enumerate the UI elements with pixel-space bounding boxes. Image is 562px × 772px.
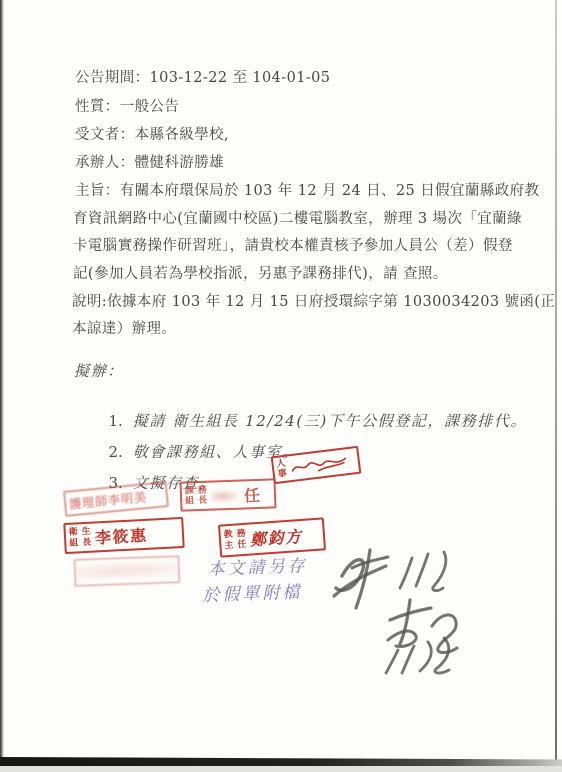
- faded-ink-smudge: [211, 488, 241, 502]
- stamp-title-col: 生長: [82, 527, 93, 548]
- scan-edge-bottom-shadow: [0, 766, 562, 772]
- stamp-faded-illegible: [74, 555, 181, 587]
- stamp-curriculum-section: 課組 務長 任: [180, 478, 277, 511]
- handler-line: 承辦人：體健科游勝雄: [75, 151, 224, 172]
- stamp-nurse: 護理師李明美: [63, 481, 169, 517]
- scan-edge-right: [555, 0, 557, 760]
- stamp-title-col: 務任: [236, 529, 247, 550]
- description-line-1: 說明:依據本府 103 年 12 月 15 日府授環綜字第 1030034203…: [72, 290, 555, 311]
- description-line-2: 本諒達）辦理。: [72, 317, 176, 338]
- stamp-title-text: 人事: [276, 459, 288, 480]
- handwritten-note-line: 本文請另存: [207, 554, 308, 583]
- proposal-heading: 擬辦：: [74, 360, 124, 381]
- stamp-name-text: 護理師李明美: [68, 488, 147, 512]
- scanned-document-page: 公告期間：103-12-22 至 104-01-05 性質：一般公告 受文者：本…: [0, 0, 562, 772]
- stamp-academic-affairs-director: 教主 務任 鄭鈞方: [218, 517, 326, 557]
- nature-line: 性質：一般公告: [75, 95, 179, 116]
- recipient-line: 受文者：本縣各級學校,: [75, 123, 229, 144]
- stamp-name-text: 任: [244, 482, 262, 506]
- handwritten-note-line: 於假單附檔: [202, 580, 309, 609]
- handwritten-note: 本文請另存 於假單附檔: [207, 554, 309, 608]
- announcement-period-line: 公告期間：103-12-22 至 104-01-05: [75, 66, 330, 87]
- subject-line-4: 記(參加人員若為學校指派，另惠予課務排代)，請 查照。: [73, 262, 448, 283]
- stamp-title-col: 課組: [185, 486, 196, 506]
- stamp-title-col: 務長: [198, 486, 209, 506]
- handwritten-scribble-icon: [289, 452, 349, 477]
- principal-signature-handwriting: [328, 542, 478, 677]
- stamp-name-text: 鄭鈞方: [249, 524, 303, 551]
- stamp-health-section-chief: 衛組 生長 李筱惠: [63, 517, 184, 554]
- stamp-title-col: 衛組: [69, 528, 80, 549]
- stamp-title-col: 教主: [223, 530, 234, 551]
- subject-line-1: 主旨：有關本府環保局於 103 年 12 月 24 日、25 日假宜蘭縣政府教: [75, 179, 539, 200]
- subject-line-2: 育資訊網路中心(宜蘭國中校區)二樓電腦教室，辦理 3 場次「宜蘭綠: [73, 207, 522, 228]
- scan-edge-left: [0, 0, 4, 772]
- stamp-name-text: 李筱惠: [94, 523, 148, 549]
- subject-line-3: 卡電腦實務操作研習班」，請貴校本權責核予參加人員公（差）假登: [73, 234, 513, 255]
